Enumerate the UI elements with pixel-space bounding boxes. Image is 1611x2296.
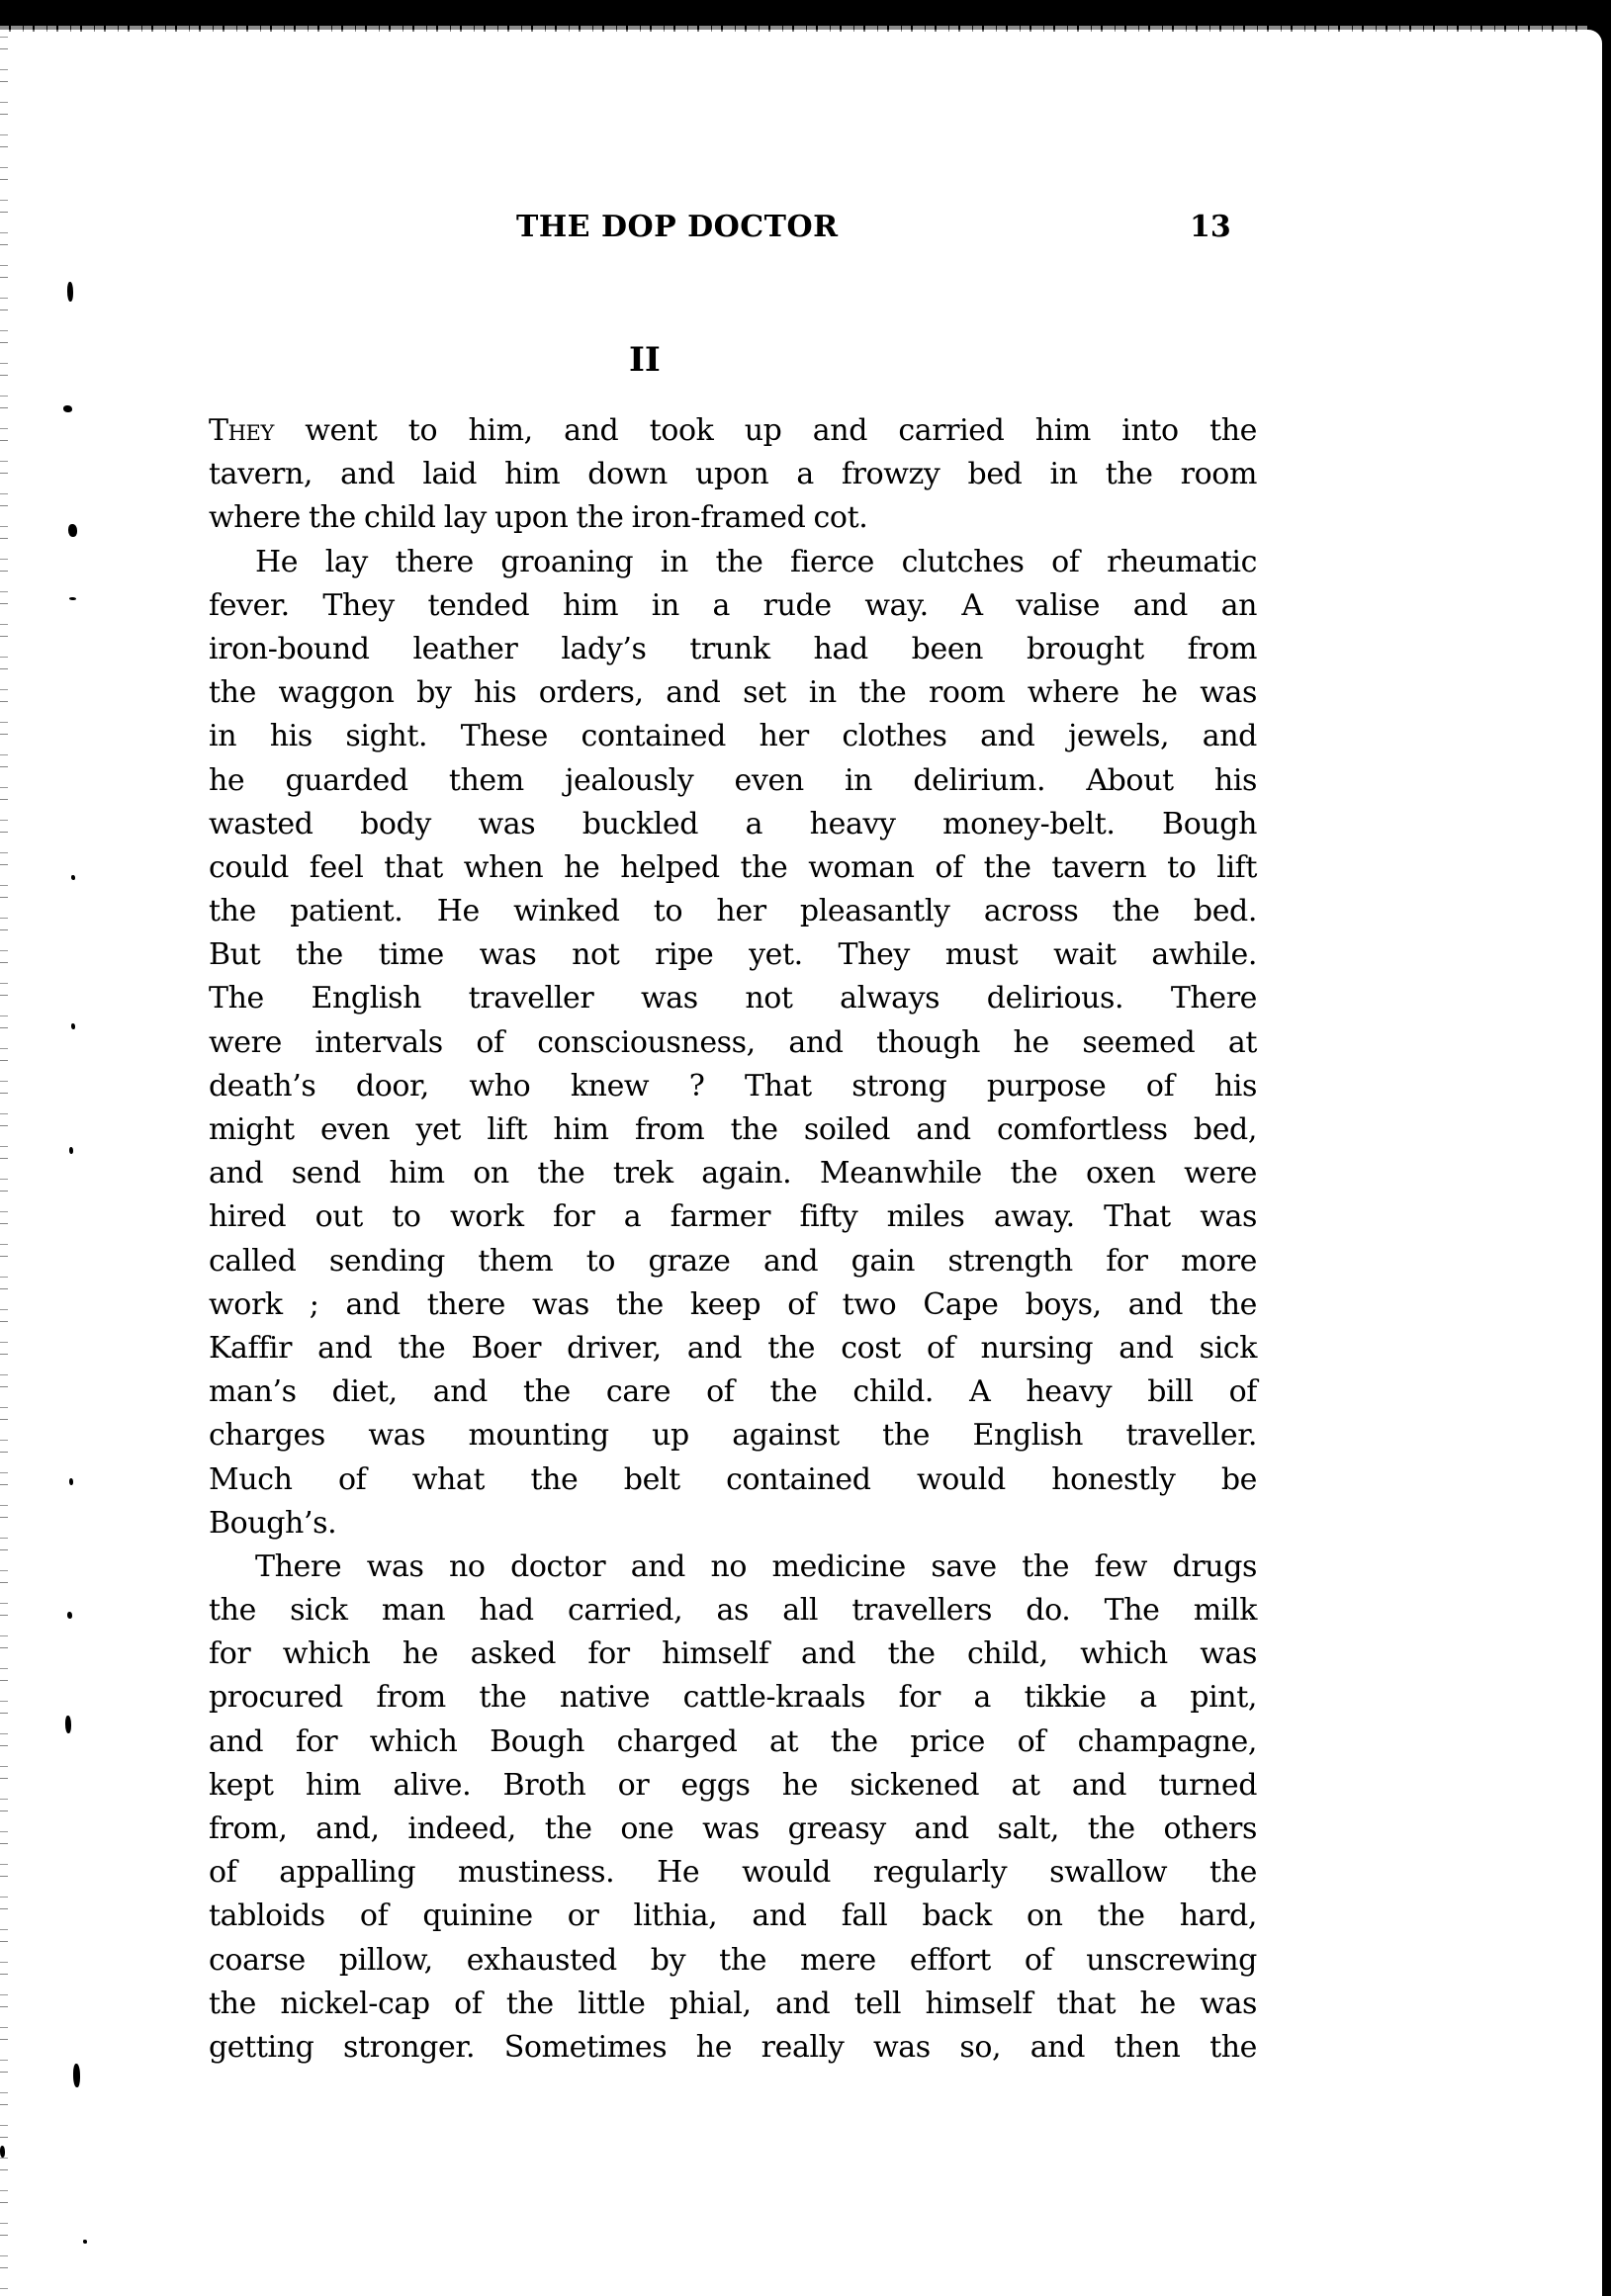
- scan-speck: [69, 597, 76, 600]
- text-line: Much of what the belt contained would ho…: [209, 1458, 1257, 1502]
- scan-speck: [68, 524, 77, 537]
- scan-speck: [67, 1612, 72, 1619]
- text-line: They went to him, and took up and carrie…: [209, 409, 1257, 453]
- text-line: of appalling mustiness. He would regular…: [209, 1851, 1257, 1895]
- text-line: he guarded them jealously even in deliri…: [209, 759, 1257, 803]
- scan-speck: [63, 405, 72, 412]
- text-line: man’s diet, and the care of the child. A…: [209, 1370, 1257, 1414]
- scan-left-edge: [0, 30, 8, 2296]
- text-line: Bough’s.: [209, 1502, 1257, 1545]
- text-line: kept him alive. Broth or eggs he sickene…: [209, 1764, 1257, 1808]
- scan-speck: [69, 1478, 73, 1485]
- text-line: wasted body was buckled a heavy money-be…: [209, 803, 1257, 846]
- text-line: tabloids of quinine or lithia, and fall …: [209, 1895, 1257, 1938]
- scan-speck: [83, 2240, 87, 2244]
- text-line: But the time was not ripe yet. They must…: [209, 933, 1257, 977]
- scan-top-edge: [0, 26, 1587, 32]
- text-line: and send him on the trek again. Meanwhil…: [209, 1152, 1257, 1195]
- scan-speck: [67, 282, 73, 302]
- scan-speck: [73, 2064, 80, 2087]
- text-line: the patient. He winked to her pleasantly…: [209, 890, 1257, 933]
- text-line: were intervals of consciousness, and tho…: [209, 1021, 1257, 1065]
- text-line: where the child lay upon the iron-framed…: [209, 496, 1257, 540]
- text-line: in his sight. These contained her clothe…: [209, 715, 1257, 758]
- scan-speck: [65, 1716, 71, 1733]
- text-line: fever. They tended him in a rude way. A …: [209, 584, 1257, 628]
- text-line: could feel that when he helped the woman…: [209, 846, 1257, 890]
- text-line: The English traveller was not always del…: [209, 977, 1257, 1020]
- text-line: procured from the native cattle-kraals f…: [209, 1676, 1257, 1720]
- text-line: death’s door, who knew ? That strong pur…: [209, 1065, 1257, 1108]
- text-line: might even yet lift him from the soiled …: [209, 1108, 1257, 1152]
- text-line: coarse pillow, exhausted by the mere eff…: [209, 1939, 1257, 1983]
- text-line: the waggon by his orders, and set in the…: [209, 671, 1257, 715]
- chapter-number: II: [629, 340, 661, 380]
- text-line: There was no doctor and no medicine save…: [209, 1545, 1257, 1589]
- scan-right-border: [1603, 0, 1611, 2296]
- text-line: the nickel-cap of the little phial, and …: [209, 1983, 1257, 2026]
- text-line: the sick man had carried, as all travell…: [209, 1589, 1257, 1633]
- text-line: getting stronger. Sometimes he really wa…: [209, 2026, 1257, 2070]
- body-text: They went to him, and took up and carrie…: [209, 409, 1257, 2070]
- text-line: for which he asked for himself and the c…: [209, 1633, 1257, 1676]
- text-line: work ; and there was the keep of two Cap…: [209, 1283, 1257, 1327]
- text-line: called sending them to graze and gain st…: [209, 1240, 1257, 1283]
- scan-speck: [71, 875, 75, 880]
- text-line: and for which Bough charged at the price…: [209, 1721, 1257, 1764]
- scan-speck: [69, 1147, 73, 1154]
- text-line: iron-bound leather lady’s trunk had been…: [209, 628, 1257, 671]
- text-line: from, and, indeed, the one was greasy an…: [209, 1808, 1257, 1851]
- small-caps-lead: They: [209, 413, 274, 448]
- page-number: 13: [1190, 210, 1231, 244]
- paragraph: He lay there groaning in the fierce clut…: [209, 541, 1257, 1545]
- scan-speck: [71, 1023, 75, 1029]
- text-line: tavern, and laid him down upon a frowzy …: [209, 453, 1257, 496]
- text-line: Kaffir and the Boer driver, and the cost…: [209, 1327, 1257, 1370]
- text-line: He lay there groaning in the fierce clut…: [209, 541, 1257, 584]
- paragraph: They went to him, and took up and carrie…: [209, 409, 1257, 541]
- paragraph: There was no doctor and no medicine save…: [209, 1545, 1257, 2070]
- scan-speck: [0, 2146, 5, 2158]
- running-title: THE DOP DOCTOR: [516, 210, 839, 244]
- text-line: charges was mounting up against the Engl…: [209, 1414, 1257, 1457]
- text-line: hired out to work for a farmer fifty mil…: [209, 1195, 1257, 1239]
